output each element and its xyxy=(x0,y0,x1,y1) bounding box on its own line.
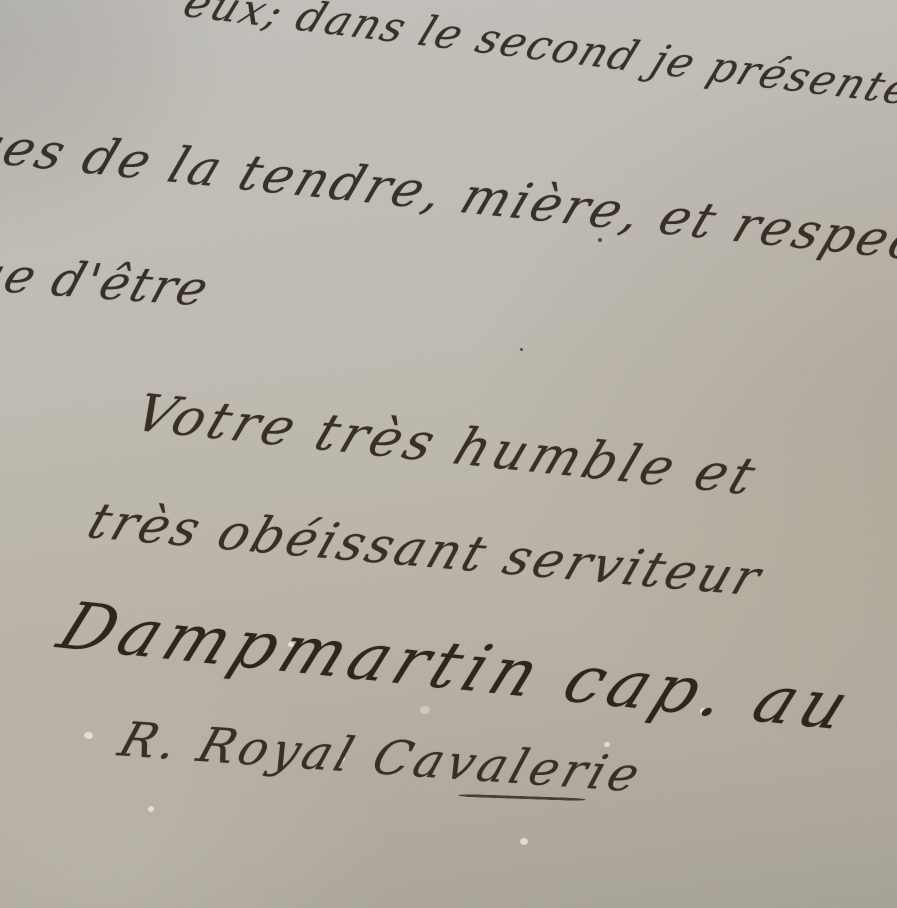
paper-fleck xyxy=(520,838,528,845)
letter-photo: eux; dans le second je présente ages de … xyxy=(0,0,897,908)
valediction-line-1: Votre très humble et xyxy=(127,384,767,507)
regiment-line: R. Royal Cavalerie xyxy=(112,712,650,803)
ink-speck xyxy=(520,348,523,351)
valediction-line-2: très obéissant serviteur xyxy=(81,492,771,607)
handwriting-fragment-top: eux; dans le second je présente xyxy=(177,0,897,114)
paper-fleck xyxy=(148,806,154,812)
paper-fleck xyxy=(84,732,93,739)
paper-fleck xyxy=(420,706,430,714)
handwriting-fragment-short: ue d'être xyxy=(0,246,217,317)
